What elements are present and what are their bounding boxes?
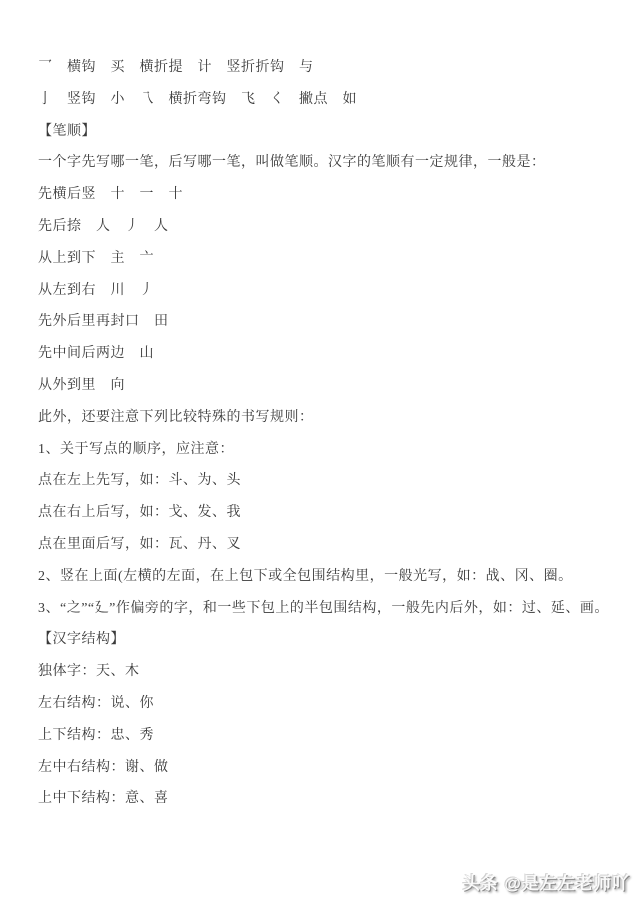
rule-horizontal-before-vertical: 先横后竖 十 一 十 <box>38 179 638 211</box>
special-rule-1-heading: 1、关于写点的顺序，应注意： <box>38 434 638 466</box>
special-rule-3: 3、“之”“廴”作偏旁的字，和一些下包上的半包围结构，一般先内后外，如：过、延、… <box>38 593 638 625</box>
dot-top-right-rule: 点在右上后写，如：戈、发、我 <box>38 497 638 529</box>
rule-middle-before-sides: 先中间后两边 山 <box>38 338 638 370</box>
stroke-order-intro: 一个字先写哪一笔，后写哪一笔，叫做笔顺。汉字的笔顺有一定规律，一般是： <box>38 147 638 179</box>
stroke-examples-row-2: 亅 竖钩 小 乁 横折弯钩 飞 く 撇点 如 <box>38 84 638 116</box>
rule-outside-to-inside: 从外到里 向 <box>38 370 638 402</box>
document-body: 乛 横钩 买 横折提 计 竖折折钩 与 亅 竖钩 小 乁 横折弯钩 飞 く 撇点… <box>38 52 638 815</box>
structure-single: 独体字：天、木 <box>38 656 638 688</box>
rule-left-to-right: 从左到右 川 丿 <box>38 275 638 307</box>
special-rules-intro: 此外，还要注意下列比较特殊的书写规则： <box>38 402 638 434</box>
structure-left-middle-right: 左中右结构：谢、做 <box>38 752 638 784</box>
rule-outside-then-inside-then-close: 先外后里再封口 田 <box>38 306 638 338</box>
rule-pie-before-na: 先后捺 人 丿 人 <box>38 211 638 243</box>
document-page: 乛 横钩 买 横折提 计 竖折折钩 与 亅 竖钩 小 乁 横折弯钩 飞 く 撇点… <box>0 0 640 905</box>
special-rule-2: 2、竖在上面(左横的左面，在上包下或全包围结构里，一般光写，如：战、冈、圈。 <box>38 561 638 593</box>
structure-left-right: 左右结构：说、你 <box>38 688 638 720</box>
structure-top-bottom: 上下结构：忠、秀 <box>38 720 638 752</box>
section-title-character-structure: 【汉字结构】 <box>38 624 638 656</box>
toutiao-watermark: 头条 @是左左老师吖 <box>463 869 630 894</box>
rule-top-to-bottom: 从上到下 主 亠 <box>38 243 638 275</box>
watermark-text: 头条 @是左左老师吖 <box>463 874 630 893</box>
dot-top-left-rule: 点在左上先写，如：斗、为、头 <box>38 465 638 497</box>
structure-top-middle-bottom: 上中下结构：意、喜 <box>38 783 638 815</box>
stroke-examples-row-1: 乛 横钩 买 横折提 计 竖折折钩 与 <box>38 52 638 84</box>
section-title-stroke-order: 【笔顺】 <box>38 116 638 148</box>
dot-inside-rule: 点在里面后写，如：瓦、丹、叉 <box>38 529 638 561</box>
